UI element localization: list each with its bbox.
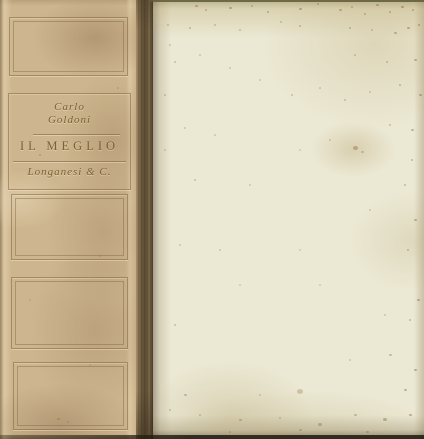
foxing-spot — [199, 54, 201, 56]
foxing-spot — [376, 4, 379, 7]
foxing-spot — [167, 24, 169, 26]
foxing-spot — [299, 429, 302, 432]
spine-panel-3 — [11, 194, 128, 260]
foxing-spot — [67, 421, 69, 423]
foxing-spot — [279, 417, 281, 419]
foxing-spot — [164, 94, 166, 96]
foxing-spot — [353, 146, 358, 150]
foxing-spot — [299, 8, 302, 11]
foxing-spot — [349, 27, 351, 29]
foxing-spot — [214, 134, 216, 136]
foxing-spot — [164, 149, 166, 151]
foxing-spot — [401, 6, 404, 9]
foxing-spot — [199, 414, 201, 416]
foxing-spot — [195, 5, 198, 8]
foxing-spot — [57, 418, 60, 421]
foxing-spot — [369, 209, 371, 211]
foxing-spot — [351, 6, 353, 8]
foxing-spot — [386, 61, 388, 63]
foxing-spot — [299, 249, 301, 251]
foxing-spot — [417, 299, 420, 302]
foxing-spot — [29, 299, 31, 301]
foxing-spot — [229, 7, 232, 10]
spine-title-panel: Carlo Goldoni IL MEGLIO Longanesi & C. — [8, 93, 131, 190]
foxing-spot — [384, 314, 386, 316]
foxing-spot — [329, 139, 331, 141]
foxing-spot — [394, 32, 397, 35]
foxing-spot — [364, 13, 366, 15]
spine-hinge — [136, 0, 153, 439]
foxing-spot — [409, 414, 412, 417]
foxing-spot — [259, 79, 261, 81]
foxing-spot — [412, 9, 414, 11]
foxing-spot — [418, 24, 420, 26]
foxing-spot — [349, 359, 351, 361]
foxing-spot — [184, 394, 187, 397]
foxing-spot — [205, 9, 207, 11]
foxing-spot — [404, 389, 407, 392]
foxing-spot — [174, 324, 176, 326]
foxing-spot — [366, 431, 369, 434]
foxing-spot — [389, 354, 392, 357]
foxing-spot — [117, 87, 119, 89]
title-rule-bottom — [13, 161, 126, 162]
foxing-spot — [404, 184, 406, 186]
foxing-spot — [371, 29, 373, 31]
front-cover — [153, 0, 424, 439]
foxing-spot — [174, 61, 176, 63]
foxing-spot — [409, 319, 411, 321]
foxing-spot — [414, 59, 417, 62]
foxing-spot — [194, 179, 196, 181]
author-last-name: Goldoni — [9, 114, 130, 127]
foxing-spot — [354, 414, 357, 417]
foxing-spot — [319, 87, 321, 89]
foxing-spot — [407, 27, 410, 30]
foxing-spot — [299, 149, 301, 151]
book-title: IL MEGLIO — [9, 139, 130, 154]
foxing-spot — [229, 67, 231, 69]
foxing-spot — [259, 394, 261, 396]
foxing-spot — [184, 127, 186, 129]
book-photo: Carlo Goldoni IL MEGLIO Longanesi & C. — [0, 0, 424, 439]
foxing-spot — [339, 9, 342, 12]
foxing-spot — [369, 91, 371, 93]
foxing-spot — [280, 21, 282, 23]
foxing-spot — [354, 54, 356, 56]
foxing-spot — [99, 255, 101, 257]
foxing-spot — [239, 419, 242, 422]
spine-panel-tail — [13, 362, 128, 430]
foxing-spot — [89, 364, 91, 366]
foxing-spot — [317, 3, 319, 5]
foxing-spot — [361, 151, 364, 154]
foxing-spot — [344, 99, 346, 101]
foxing-spot — [414, 369, 417, 372]
bottom-edge-shadow — [0, 435, 424, 439]
cover-top-edge-shadow — [150, 0, 424, 2]
author-first-name: Carlo — [9, 101, 130, 114]
foxing-spot — [399, 84, 401, 86]
foxing-spot — [419, 94, 422, 97]
spine-panel-head — [9, 17, 128, 76]
foxing-spot — [214, 24, 216, 26]
foxing-spot — [229, 431, 231, 433]
foxing-spot — [169, 409, 171, 411]
foxing-spot — [239, 284, 241, 286]
foxing-spot — [299, 25, 301, 27]
foxing-spot — [389, 124, 391, 126]
author-name: Carlo Goldoni — [9, 101, 130, 126]
foxing-spot — [319, 284, 321, 286]
foxing-spot — [414, 219, 417, 222]
foxing-spot — [411, 159, 413, 161]
spine-panel-4 — [11, 277, 128, 349]
foxing-spot — [389, 11, 391, 13]
foxing-spot — [169, 44, 171, 46]
foxing-spot — [411, 129, 414, 132]
foxing-spot — [239, 29, 241, 31]
foxing-spot — [249, 184, 251, 186]
foxing-spot — [39, 154, 41, 156]
title-rule-top — [33, 134, 120, 135]
foxing-spot — [267, 11, 269, 13]
foxing-spot — [179, 244, 181, 246]
book-spine: Carlo Goldoni IL MEGLIO Longanesi & C. — [0, 0, 138, 439]
foxing-spot — [407, 249, 409, 251]
foxing-spot — [291, 94, 293, 96]
foxing-spot — [219, 249, 221, 251]
foxing-spot — [189, 27, 191, 29]
foxing-spot — [251, 5, 253, 7]
publisher-name: Longanesi & C. — [9, 166, 130, 178]
